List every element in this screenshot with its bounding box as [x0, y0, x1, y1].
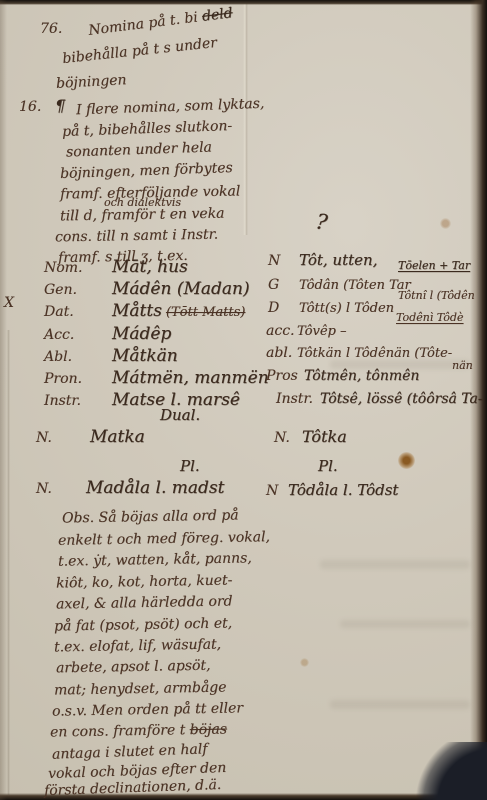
table-row: Pron. Mátmën, manmën: [44, 370, 269, 388]
table-row: Dat. Måtts (Tōtt Matts): [44, 303, 245, 321]
marginal-note: Todênì Tôdè: [396, 312, 463, 323]
paper-crease-left: [7, 330, 10, 795]
table-row: N. Tôtka: [274, 429, 347, 447]
word-form: Madåla l. madst: [86, 478, 224, 498]
case-label: Nom.: [44, 261, 108, 275]
case-label: N: [268, 254, 295, 268]
word-form: Tôtkän l Tôdênän (Tôte-: [297, 346, 452, 361]
struck-word: deld: [201, 5, 233, 25]
table-row: Pros Tôtmên, tônmên: [266, 367, 419, 385]
handwritten-line: t.ex. ẏt, watten, kåt, panns,: [58, 551, 252, 568]
word-form: Tôtt(s) l Tôden: [299, 301, 394, 316]
table-row: N. Matka: [36, 429, 145, 447]
case-label: Acc.: [44, 328, 108, 342]
book-corner-shadow: [409, 742, 487, 800]
case-label: G: [268, 278, 295, 292]
word-form: Matka: [90, 427, 145, 447]
word-form: Tôdåla l. Tôdst: [288, 481, 398, 499]
paragraph-mark: ¶: [55, 98, 65, 114]
handwritten-line: bibehålla på t s under: [62, 36, 218, 66]
handwritten-line: o.s.v. Men orden på tt eller: [52, 701, 243, 718]
bleed-through-smudge: [340, 620, 470, 628]
case-label: Instr.: [276, 392, 316, 406]
handwritten-line: Nomina på t. bi deld: [88, 6, 234, 38]
bleed-through-smudge: [330, 700, 470, 709]
word-form: Mátmën, manmën: [112, 368, 269, 388]
table-row: N Tôdåla l. Tôdst: [266, 482, 398, 500]
handwritten-line: I flere nomina, som lyktas,: [76, 97, 265, 118]
marginal-question-mark: ?: [314, 211, 328, 234]
marginal-note: Tôtnî l (Tôdên: [398, 290, 475, 301]
handwritten-line: cons. till n samt i Instr.: [55, 228, 218, 245]
case-label: Instr.: [44, 394, 108, 408]
table-row: Gen. Mádên (Madan): [44, 281, 250, 299]
paragraph-number: 16.: [19, 100, 41, 114]
bleed-through-smudge: [320, 560, 470, 569]
table-row: D Tôtt(s) l Tôden: [268, 299, 394, 317]
case-label: Dat.: [44, 305, 108, 319]
case-label: N.: [36, 482, 82, 496]
page-edge-top: [0, 0, 487, 5]
manuscript-page: 76. Nomina på t. bi deld bibehålla på t …: [0, 0, 487, 800]
small-spot: [300, 658, 309, 667]
table-row: N Tôt, utten,: [268, 252, 377, 270]
ink-stain: [398, 452, 415, 469]
case-label: Pron.: [44, 372, 108, 386]
word-form: Mádên (Madan): [112, 279, 250, 299]
word-form: Tôtka: [302, 427, 347, 446]
table-row: Abl. Måtkän: [44, 348, 178, 366]
handwritten-line: en cons. framföre t böjas: [50, 722, 227, 739]
case-label: acc.: [266, 324, 293, 338]
word-form: Tôtsê, lössê (tôôrsâ Ta-: [320, 391, 483, 407]
word-form: Måtkän: [112, 346, 178, 366]
word-form: Māt, hus: [112, 257, 188, 277]
table-row: abl. Tôtkän l Tôdênän (Tôte-: [266, 344, 452, 362]
marginal-note: Tōelen + Tar: [398, 260, 470, 271]
table-row: Nom. Māt, hus: [44, 259, 188, 277]
case-label: Gen.: [44, 283, 108, 297]
handwritten-line: böjningen, men förbytes: [60, 161, 233, 181]
case-label: Pros: [266, 369, 300, 383]
line-text: Nomina på t. bi: [88, 9, 199, 38]
handwritten-line: axel, & alla härledda ord: [56, 594, 233, 611]
table-row: N. Madåla l. madst: [36, 480, 224, 498]
word-form: Tôvêp –: [297, 324, 346, 339]
rust-spot: [440, 218, 451, 229]
handwritten-line: arbete, apsot l. apsöt,: [56, 659, 211, 676]
table-row: Instr. Matse l. marsê: [44, 392, 240, 410]
dual-heading: Dual.: [160, 408, 200, 423]
paper-crease-vertical: [243, 0, 248, 235]
page-edge-left: [0, 0, 7, 800]
case-label: N: [266, 484, 284, 498]
line-text: en cons. framföre t: [50, 722, 190, 740]
marginal-note: nän: [452, 360, 473, 371]
handwritten-line: antaga i slutet en half: [52, 742, 208, 761]
case-label: N.: [274, 431, 298, 445]
table-row: G Tôdân (Tôten Tar: [268, 276, 411, 294]
handwritten-line: på t, bibehålles slutkon-: [62, 119, 233, 139]
paragraph-number: 76.: [40, 22, 62, 36]
word-form: Tôt, utten,: [299, 251, 377, 269]
case-label: D: [268, 301, 295, 315]
struck-word: (Tōtt Matts): [166, 305, 245, 320]
table-row: Instr. Tôtsê, lössê (tôôrsâ Ta-: [276, 390, 483, 408]
handwritten-line: Obs. Så böjas alla ord på: [62, 508, 239, 525]
handwritten-line: sonanten under hela: [66, 140, 212, 159]
plural-heading: Pl.: [180, 459, 200, 474]
word-form: Måtts: [112, 301, 162, 321]
case-label: Abl.: [44, 350, 108, 364]
handwritten-line: kiôt, ko, kot, horta, kuet-: [56, 573, 233, 590]
handwritten-line: till d, framför t en veka: [60, 207, 225, 224]
case-label: N.: [36, 431, 86, 445]
handwritten-line: böjningen: [56, 73, 127, 91]
struck-word: böjas: [190, 721, 228, 738]
word-form: Tôdân (Tôten Tar: [299, 278, 411, 293]
handwritten-line: på fat (psot, psöt) och et,: [54, 616, 232, 633]
case-label: abl.: [266, 346, 293, 360]
table-row: acc. Tôvêp –: [266, 322, 346, 340]
word-form: Mádêp: [112, 324, 171, 344]
table-row: Acc. Mádêp: [44, 326, 171, 344]
handwritten-line: enkelt t och med föreg. vokal,: [58, 530, 270, 548]
handwritten-line: t.ex. elofat, lif, wäsufat,: [54, 638, 221, 655]
plural-heading: Pl.: [318, 459, 338, 474]
handwritten-line: mat; henydset, armbåge: [54, 680, 227, 697]
word-form: Tôtmên, tônmên: [304, 368, 419, 384]
margin-mark: X: [4, 296, 14, 310]
